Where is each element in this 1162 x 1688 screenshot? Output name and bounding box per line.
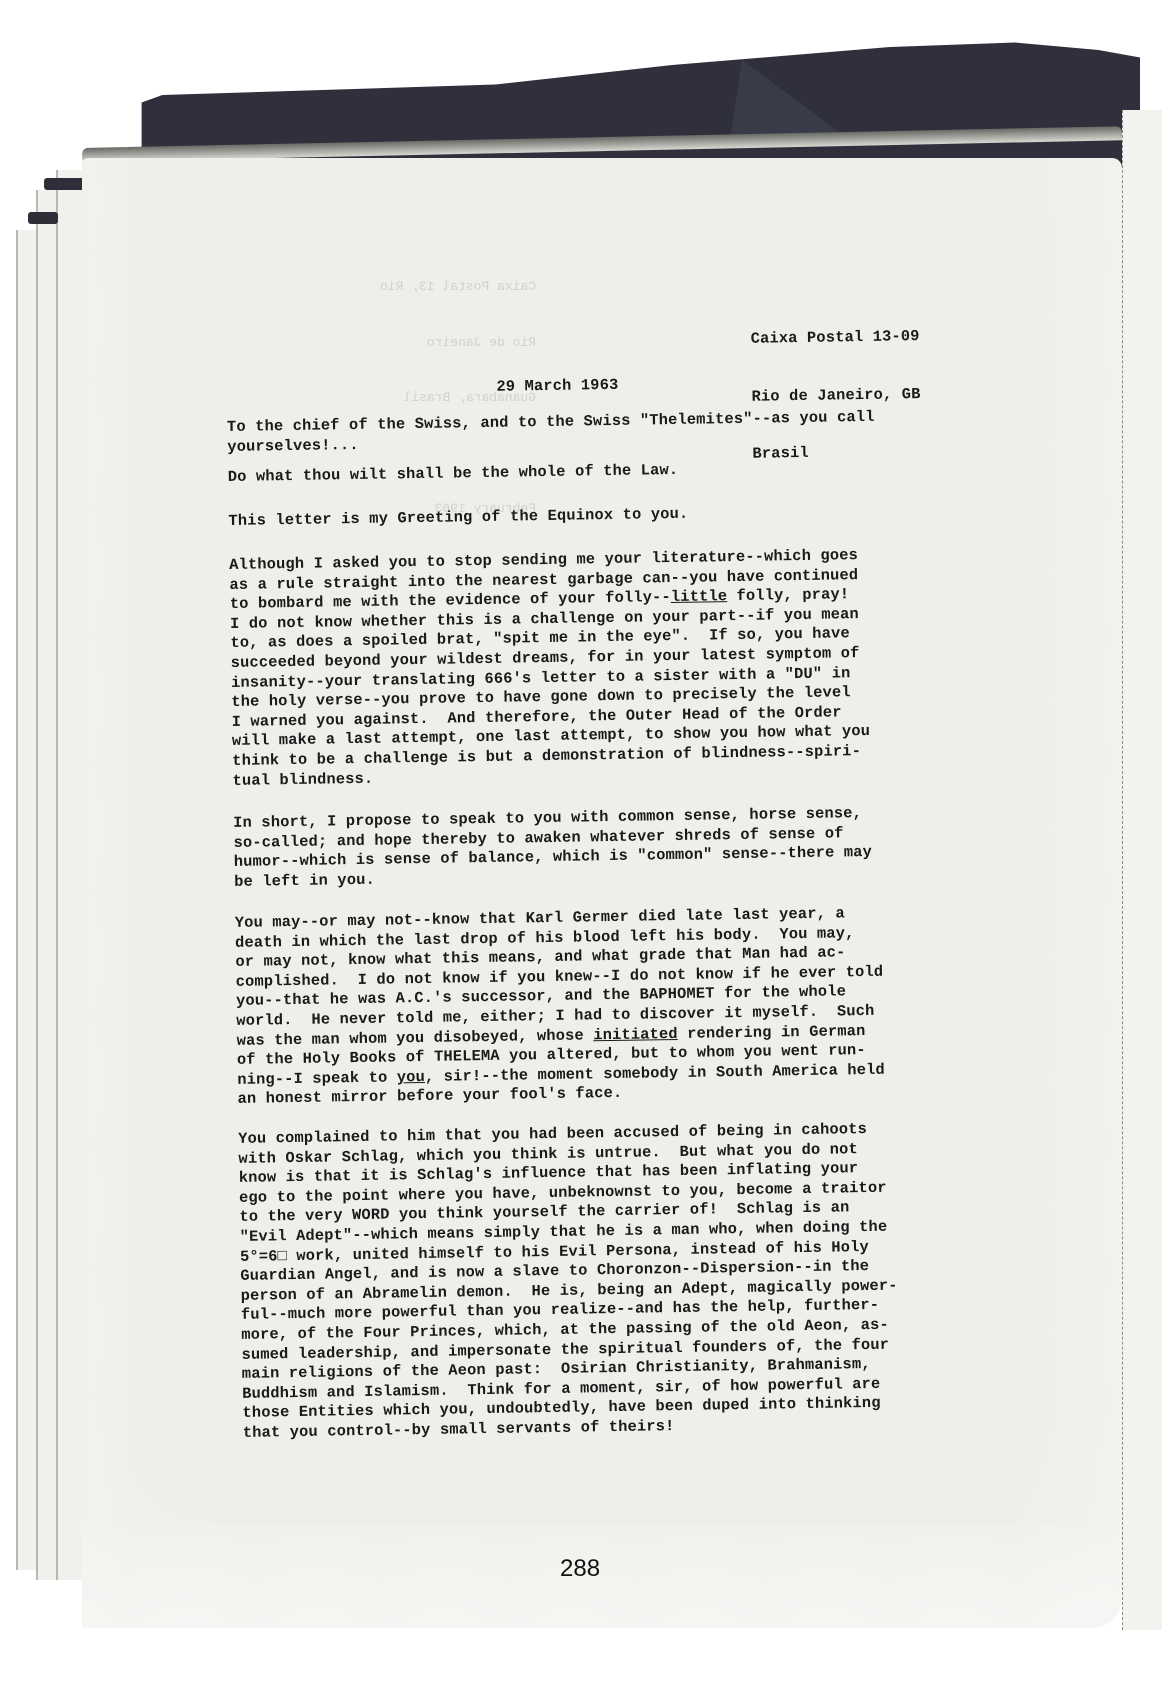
letter-date: 29 March 1963 — [496, 376, 618, 398]
page-number: 288 — [560, 1555, 600, 1583]
underlined-word: little — [671, 587, 728, 606]
paragraph-literature: Although I asked you to stop sending me … — [229, 544, 1023, 792]
ghost-line: Caixa Postal 13, Rio — [380, 278, 536, 298]
facing-page-edge — [1122, 110, 1162, 1630]
page-stack-tab — [28, 212, 58, 224]
paragraph-common-sense: In short, I propose to speak to you with… — [233, 802, 1024, 893]
underlined-word: initiated — [593, 1025, 678, 1044]
address-line: Rio de Janeiro, GB — [751, 385, 920, 407]
page-stack-tab — [44, 178, 84, 190]
ghost-line: Rio de Janeiro — [380, 334, 536, 354]
paragraph-karl-germer: You may--or may not--know that Karl Germ… — [235, 902, 1028, 1110]
address-line: Caixa Postal 13-09 — [751, 327, 920, 349]
paragraph-oskar-schlag: You complained to him that you had been … — [238, 1117, 1033, 1443]
underlined-word: you — [397, 1068, 425, 1086]
